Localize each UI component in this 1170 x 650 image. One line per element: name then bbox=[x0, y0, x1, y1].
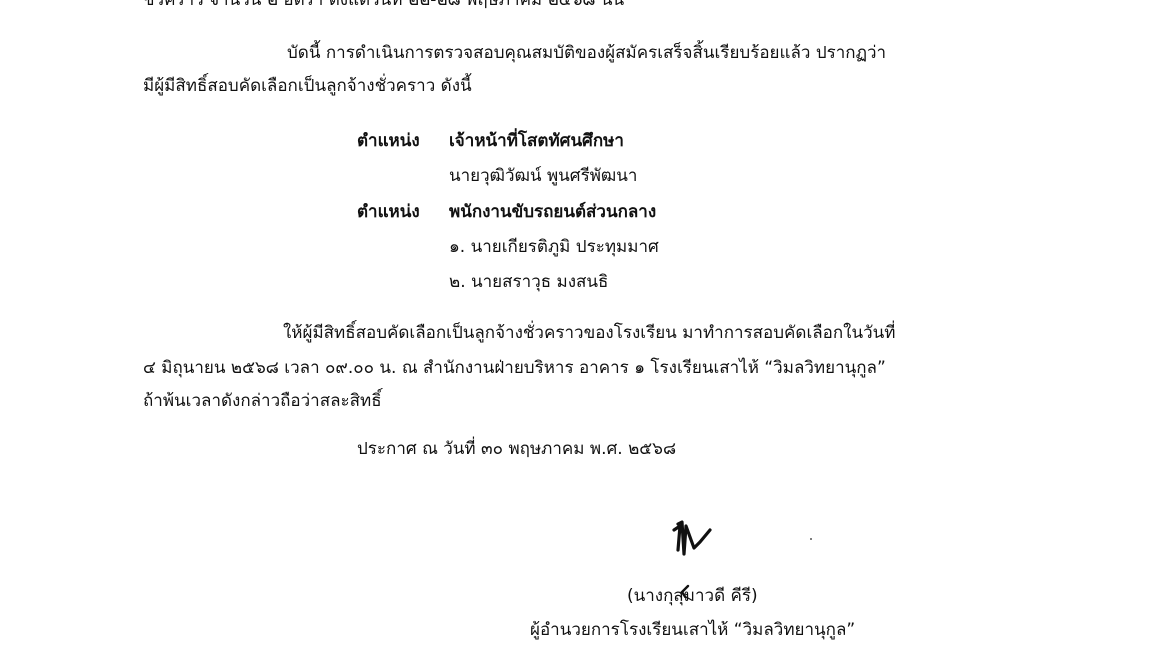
position-label-1: ตำแหน่ง bbox=[357, 133, 420, 150]
stray-dot bbox=[810, 538, 812, 540]
signatory-title: ผู้อำนวยการโรงเรียนเสาไห้ “วิมลวิทยานุกู… bbox=[530, 622, 855, 639]
paragraph1-line2: มีผู้มีสิทธิ์สอบคัดเลือกเป็นลูกจ้างชั่วค… bbox=[143, 78, 472, 95]
signatory-name: (นางกุสุมาวดี คีรี) bbox=[627, 588, 758, 605]
position-label-2: ตำแหน่ง bbox=[357, 204, 420, 221]
position-title-1: เจ้าหน้าที่โสตทัศนศึกษา bbox=[449, 133, 624, 150]
paragraph1-line1: บัดนี้ การดำเนินการตรวจสอบคุณสมบัติของผู… bbox=[287, 45, 886, 62]
candidate-2-2: ๒. นายสราวุธ มงสนธิ bbox=[449, 274, 608, 291]
candidate-2-1: ๑. นายเกียรติภูมิ ประทุมมาศ bbox=[449, 239, 659, 256]
paragraph2-line3: ถ้าพ้นเวลาดังกล่าวถือว่าสละสิทธิ์ bbox=[143, 393, 382, 410]
candidate-1-1: นายวุฒิวัฒน์ พูนศรีพัฒนา bbox=[449, 168, 637, 185]
announcement-date: ประกาศ ณ วันที่ ๓๐ พฤษภาคม พ.ศ. ๒๕๖๘ bbox=[357, 441, 676, 458]
position-title-2: พนักงานขับรถยนต์ส่วนกลาง bbox=[449, 204, 656, 221]
paragraph2-line2: ๔ มิถุนายน ๒๕๖๘ เวลา ๐๙.๐๐ น. ณ สำนักงาน… bbox=[143, 360, 886, 377]
paragraph2-line1: ให้ผู้มีสิทธิ์สอบคัดเลือกเป็นลูกจ้างชั่ว… bbox=[283, 325, 895, 342]
signature-icon bbox=[660, 508, 740, 598]
intro-tail-line: ชั่วคราว จำนวน ๒ อัตรา ตั้งแต่วันที่ ๒๒-… bbox=[143, 0, 624, 9]
